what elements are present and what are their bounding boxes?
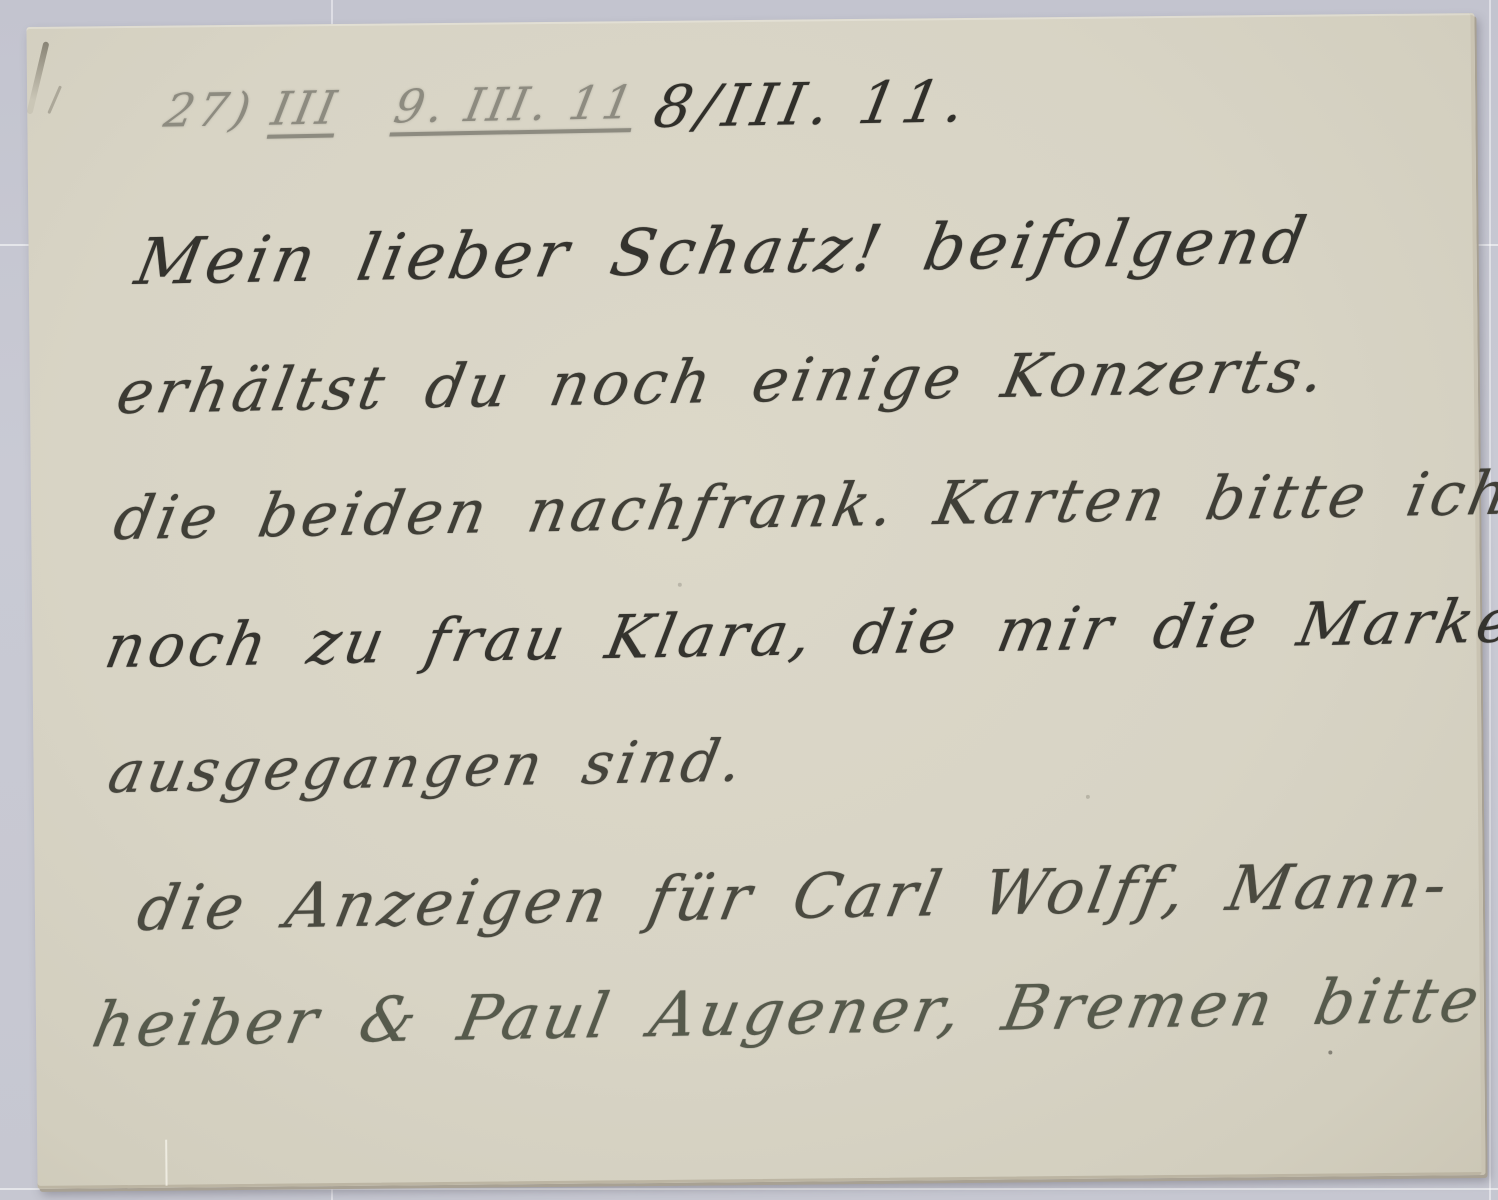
- letter-line: erhältst du noch einige Konzerts.: [111, 336, 1334, 428]
- paper-speck: [1086, 795, 1090, 799]
- bottom-edge-scratch: [165, 1140, 167, 1186]
- paper-speck: [1328, 1050, 1332, 1054]
- corner-scuff-mark: [26, 41, 49, 114]
- pencil-annotation: 27) III 9. III. 11: [160, 75, 642, 138]
- letter-line: die beiden nachfrank. Karten bitte ich: [108, 459, 1498, 555]
- backdrop-grid-line: [0, 1188, 1498, 1190]
- paper-speck: [678, 583, 682, 587]
- letter-date: 8/III. 11.: [649, 67, 977, 141]
- pencil-annotation-month: III: [267, 80, 344, 135]
- pencil-annotation-number: 27): [160, 82, 259, 138]
- letter-line: ausgegangen sind.: [103, 727, 752, 807]
- letter-line: noch zu frau Klara, die mir die Marken: [100, 586, 1498, 683]
- corner-scuff-mark: [47, 85, 62, 114]
- letter-line: Mein lieber Schatz! beifolgend: [130, 204, 1316, 300]
- pencil-annotation-date: 9. III. 11: [390, 75, 642, 134]
- letter-line: heiber & Paul Augener, Bremen bitte: [87, 963, 1489, 1062]
- letter-line: die Anzeigen für Carl Wolff, Mann-: [132, 848, 1457, 945]
- handwritten-postcard: 27) III 9. III. 11 8/III. 11. Mein liebe…: [26, 13, 1485, 1189]
